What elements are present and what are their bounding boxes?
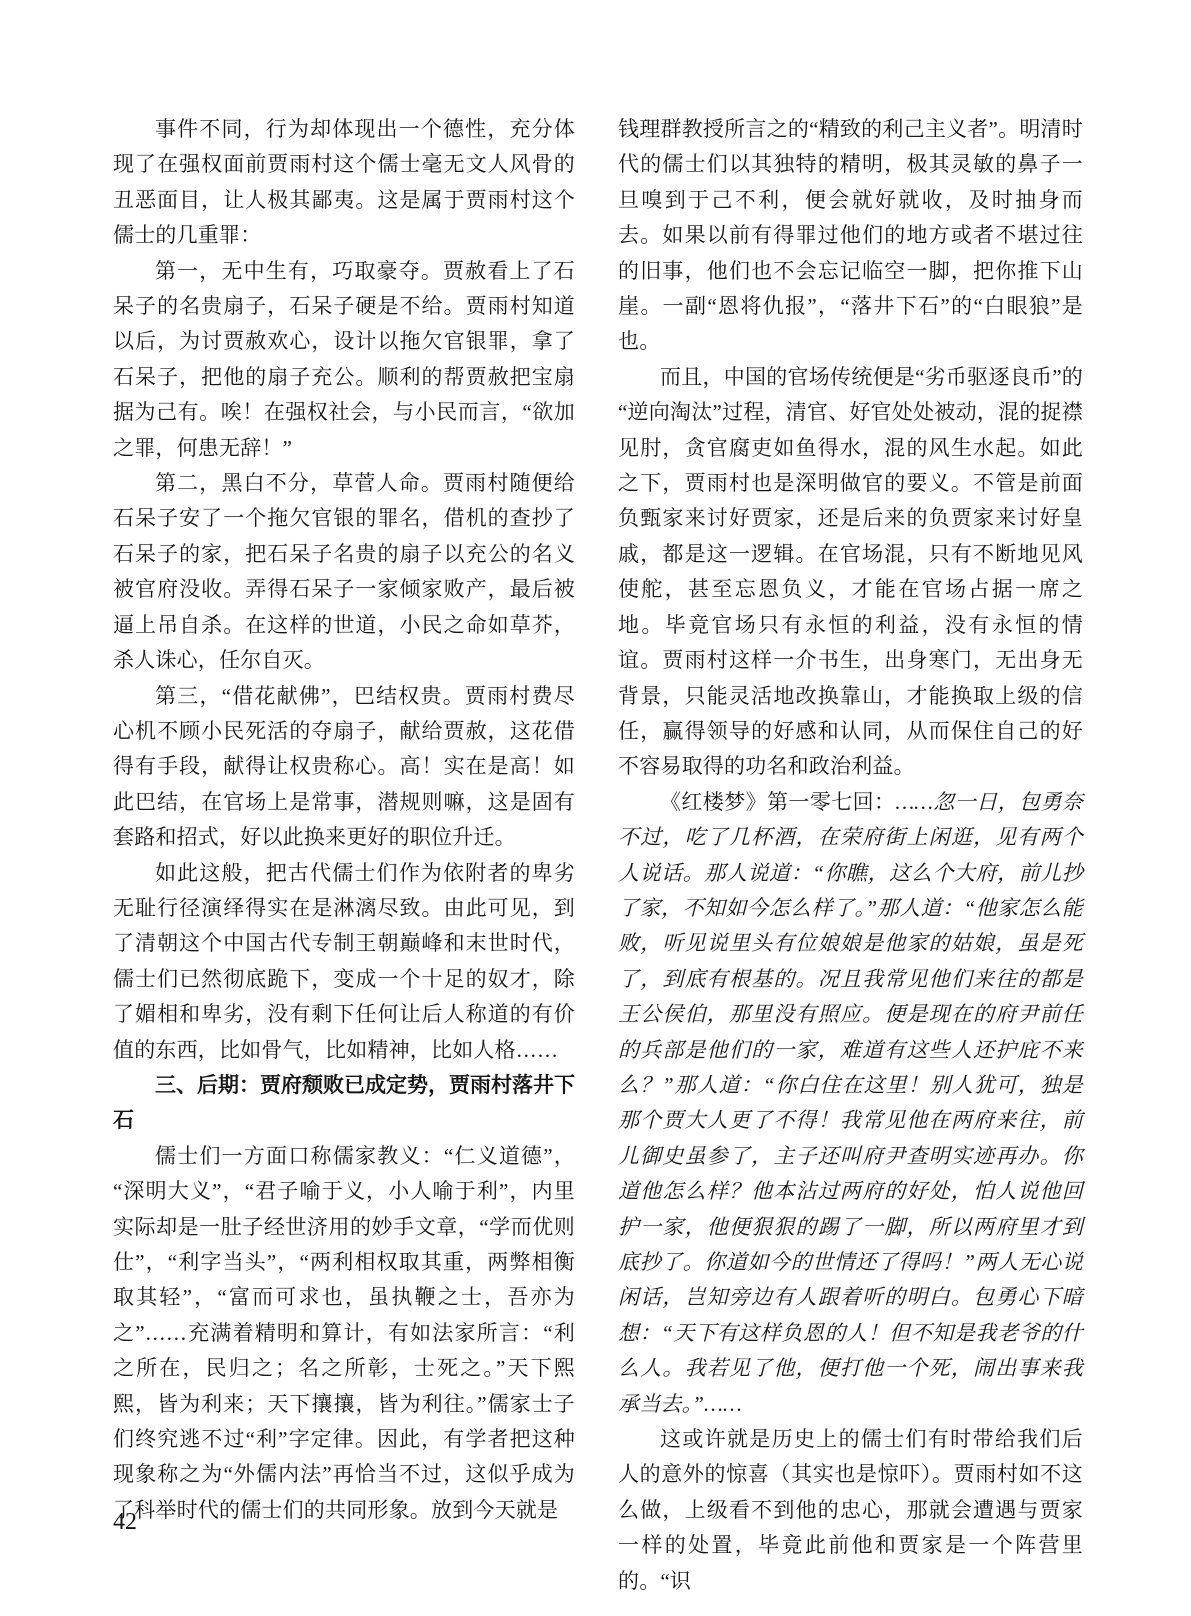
text-segment: 钱理群教授所言之的“精致的利己主义者”。明清时代的儒士们以其独特的精明，极其灵敏… — [618, 117, 1083, 353]
paragraph: 第一，无中生有，巧取豪夺。贾赦看上了石呆子的名贵扇子，石呆子硬是不给。贾雨村知道… — [113, 254, 575, 466]
paragraph: 事件不同，行为却体现出一个德性，充分体现了在强权面前贾雨村这个儒士毫无文人风骨的… — [113, 112, 575, 254]
right-column: 钱理群教授所言之的“精致的利己主义者”。明清时代的儒士们以其独特的精明，极其灵敏… — [618, 112, 1083, 1599]
paragraph: 钱理群教授所言之的“精致的利己主义者”。明清时代的儒士们以其独特的精明，极其灵敏… — [618, 112, 1083, 360]
text-segment: 第一，无中生有，巧取豪夺。贾赦看上了石呆子的名贵扇子，石呆子硬是不给。贾雨村知道… — [113, 259, 575, 460]
text-segment: ……忽一日，包勇奈不过，吃了几杯酒，在荣府街上闲逛，见有两个人说话。那人说道：“… — [618, 790, 1083, 1416]
paragraph: 这或许就是历史上的儒士们有时带给我们后人的意外的惊喜（其实也是惊吓）。贾雨村如不… — [618, 1422, 1083, 1599]
document-page: 事件不同，行为却体现出一个德性，充分体现了在强权面前贾雨村这个儒士毫无文人风骨的… — [0, 0, 1191, 1616]
left-column: 事件不同，行为却体现出一个德性，充分体现了在强权面前贾雨村这个儒士毫无文人风骨的… — [113, 112, 575, 1599]
text-segment: 如此这般，把古代儒士们作为依附者的卑劣无耻行径演绎得实在是淋漓尽致。由此可见，到… — [113, 861, 575, 1062]
paragraph: 而且，中国的官场传统便是“劣币驱逐良币”的“逆向淘汰”过程，清官、好官处处被动，… — [618, 360, 1083, 785]
text-segment: 事件不同，行为却体现出一个德性，充分体现了在强权面前贾雨村这个儒士毫无文人风骨的… — [113, 117, 575, 247]
text-segment: 第三，“借花献佛”，巴结权贵。贾雨村费尽心机不顾小民死活的夺扇子，献给贾赦，这花… — [113, 684, 575, 850]
paragraph: 如此这般，把古代儒士们作为依附者的卑劣无耻行径演绎得实在是淋漓尽致。由此可见，到… — [113, 856, 575, 1068]
text-segment: 第二，黑白不分，草菅人命。贾雨村随便给石呆子安了一个拖欠官银的罪名，借机的查抄了… — [113, 471, 575, 672]
paragraph: 儒士们一方面口称儒家教义：“仁义道德”，“深明大义”，“君子喻于义，小人喻于利”… — [113, 1139, 575, 1528]
text-segment: 而且，中国的官场传统便是“劣币驱逐良币”的“逆向淘汰”过程，清官、好官处处被动，… — [618, 365, 1083, 778]
text-segment: 《红楼梦》第一零七回： — [660, 790, 895, 814]
paragraph: 《红楼梦》第一零七回：……忽一日，包勇奈不过，吃了几杯酒，在荣府街上闲逛，见有两… — [618, 785, 1083, 1422]
paragraph: 第三，“借花献佛”，巴结权贵。贾雨村费尽心机不顾小民死活的夺扇子，献给贾赦，这花… — [113, 679, 575, 856]
text-segment: 三、后期：贾府颓败已成定势，贾雨村落井下石 — [113, 1074, 575, 1132]
two-column-text-area: 事件不同，行为却体现出一个德性，充分体现了在强权面前贾雨村这个儒士毫无文人风骨的… — [113, 112, 1083, 1599]
text-segment: 这或许就是历史上的儒士们有时带给我们后人的意外的惊喜（其实也是惊吓）。贾雨村如不… — [618, 1427, 1083, 1593]
section-heading: 三、后期：贾府颓败已成定势，贾雨村落井下石 — [113, 1068, 575, 1139]
paragraph: 第二，黑白不分，草菅人命。贾雨村随便给石呆子安了一个拖欠官银的罪名，借机的查抄了… — [113, 466, 575, 678]
page-number: 42 — [113, 1505, 137, 1540]
text-segment: 儒士们一方面口称儒家教义：“仁义道德”，“深明大义”，“君子喻于义，小人喻于利”… — [113, 1144, 575, 1522]
